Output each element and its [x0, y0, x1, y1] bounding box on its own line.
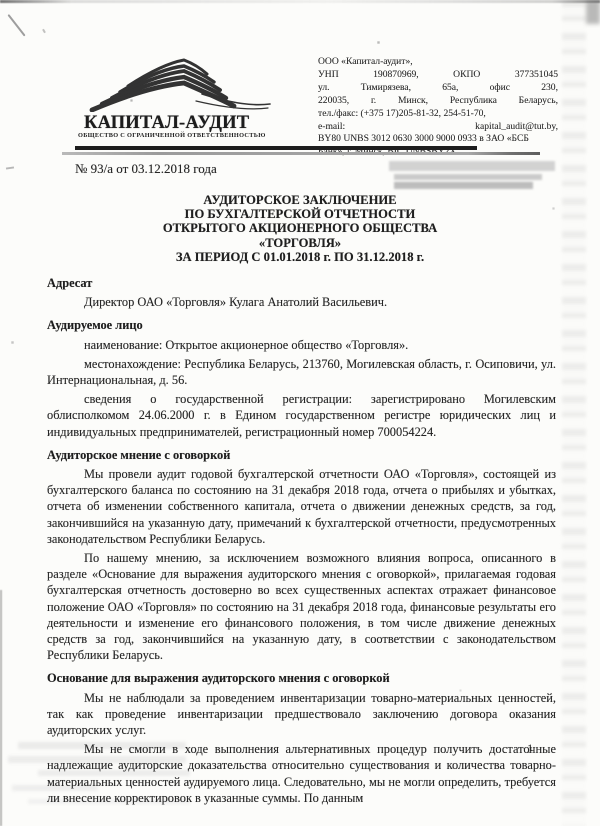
scan-artifact-left-dash [6, 166, 14, 169]
scan-artifact-smudge [394, 182, 533, 189]
section-heading-audited-entity: Аудируемое лицо [47, 317, 556, 333]
addressee-text: Директор ОАО «Торговля» Кулага Анатолий … [47, 294, 556, 310]
document-body: Адресат Директор ОАО «Торговля» Кулага А… [47, 268, 556, 809]
contact-line: тел./факс: (+375 17)205-81-32, 254-51-70… [318, 108, 558, 121]
document-title: АУДИТОРСКОЕ ЗАКЛЮЧЕНИЕ ПО БУХГАЛТЕРСКОЙ … [95, 193, 505, 264]
page-number: 1 [527, 742, 533, 757]
paragraph-basis: Мы не смогли в ходе выполнения альтернат… [47, 741, 556, 806]
title-line: ЗА ПЕРИОД С 01.01.2018 г. ПО 31.12.2018 … [95, 250, 505, 264]
title-line: ОТКРЫТОГО АКЦИОНЕРНОГО ОБЩЕСТВА [95, 221, 505, 235]
contact-block: ООО «Капитал-аудит», УНП 190870969, ОКПО… [318, 56, 558, 159]
section-heading-opinion: Аудиторское мнение с оговоркой [47, 447, 556, 463]
scan-artifact-top-edge [0, 0, 600, 3]
paragraph-opinion: По нашему мнению, за исключением возможн… [47, 550, 556, 663]
paragraph-entity-name: наименование: Открытое акционерное общес… [47, 337, 556, 353]
paragraph-opinion: Мы провели аудит годовой бухгалтерской о… [47, 466, 556, 547]
contact-line: ООО «Капитал-аудит», [318, 56, 558, 69]
logo-subtitle: ОБЩЕСТВО С ОГРАНИЧЕННОЙ ОТВЕТСТВЕННОСТЬЮ [78, 132, 240, 139]
contact-line: УНП 190870969, ОКПО 377351045 [318, 69, 558, 82]
paragraph-entity-registration: сведения о государственной регистрации: … [47, 391, 556, 440]
reference-number: № 93/а от 03.12.2018 года [75, 161, 217, 177]
contact-line: 220035, г. Минск, Республика Беларусь, [318, 95, 558, 108]
scan-artifact-right-noise-band [562, 0, 586, 826]
section-heading-basis: Основание для выражения аудиторского мне… [47, 670, 556, 686]
scan-artifact-corner-blotch [586, 0, 600, 24]
contact-line-email: e-mail: kapital_audit@tut.by, [318, 121, 558, 134]
title-line: АУДИТОРСКОЕ ЗАКЛЮЧЕНИЕ [95, 193, 505, 207]
logo-company-name: КАПИТАЛ-АУДИТ [84, 113, 234, 134]
scan-artifact-pen-mark [7, 14, 25, 37]
letterhead-divider-shadow [62, 152, 540, 155]
contact-line: ул. Тимирязева, 65а, офис 230, [318, 82, 558, 95]
scan-artifact-smudge [389, 161, 555, 171]
letterhead-divider [75, 146, 477, 150]
paragraph-entity-location: местонахождение: Республика Беларусь, 21… [47, 356, 556, 388]
section-heading-addressee: Адресат [47, 275, 556, 291]
paragraph-basis: Мы не наблюдали за проведением инвентари… [47, 690, 556, 739]
scan-artifact-pen-mark-small [42, 29, 46, 33]
title-line: «ТОРГОВЛЯ» [95, 236, 505, 250]
logo-roof-icon [84, 56, 274, 112]
scan-artifact-speckles [0, 0, 1, 1]
scan-artifact-smudge [394, 174, 542, 180]
scan-artifact-left-edge [0, 590, 2, 826]
contact-line-bank: BY80 UNBS 3012 0630 3000 9000 0933 в ЗАО… [318, 133, 558, 146]
company-logo [84, 56, 274, 112]
title-line: ПО БУХГАЛТЕРСКОЙ ОТЧЕТНОСТИ [95, 207, 505, 221]
scanned-document-page: КАПИТАЛ-АУДИТ ОБЩЕСТВО С ОГРАНИЧЕННОЙ ОТ… [0, 0, 600, 826]
